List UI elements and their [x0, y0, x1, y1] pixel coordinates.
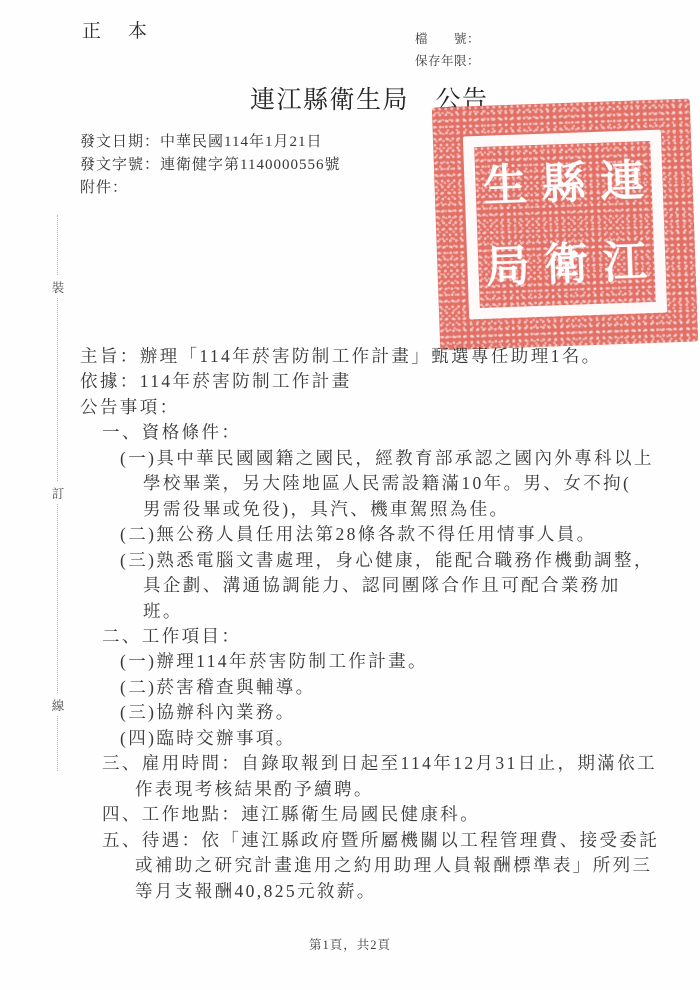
- copy-label: 正 本: [82, 16, 151, 43]
- body-line: 作表現考核結果酌予續聘。: [80, 777, 680, 802]
- seal-char: 生: [482, 164, 528, 210]
- body-line: 五、待遇：依「連江縣政府暨所屬機關以工程管理費、接受委託: [80, 828, 680, 853]
- official-seal: 生 縣 連 局 衛 江: [432, 99, 698, 351]
- binding-mark-xian: 線: [51, 694, 65, 716]
- body-line: 學校畢業，另大陸地區人民需設籍滿10年。男、女不拘(: [80, 471, 680, 496]
- body-line: 班。: [80, 599, 680, 624]
- archive-block: 檔 號： 保存年限：: [415, 28, 480, 72]
- seal-char: 局: [485, 244, 531, 290]
- body-line: 等月支報酬40,825元敘薪。: [80, 879, 680, 904]
- body-text: 主旨：辦理「114年菸害防制工作計畫」甄選專任助理1名。依據：114年菸害防制工…: [80, 344, 680, 904]
- meta-block: 發文日期：中華民國114年1月21日 發文字號：連衛健字第1140000556號…: [80, 131, 340, 200]
- body-line: 四、工作地點：連江縣衛生局國民健康科。: [80, 802, 680, 827]
- body-line: 或補助之研究計畫進用之約用助理人員報酬標準表」所列三: [80, 853, 680, 878]
- body-line: 三、雇用時間：自錄取報到日起至114年12月31日止，期滿依工: [80, 751, 680, 776]
- body-line: 主旨：辦理「114年菸害防制工作計畫」甄選專任助理1名。: [80, 344, 680, 369]
- retention-label: 保存年限：: [415, 50, 480, 72]
- body-line: (三)熟悉電腦文書處理，身心健康，能配合職務作機動調整，: [80, 548, 680, 573]
- issue-date-line: 發文日期：中華民國114年1月21日: [80, 131, 340, 154]
- seal-core: 生 縣 連 局 衛 江: [474, 141, 656, 308]
- doc-number-line: 發文字號：連衛健字第1140000556號: [80, 154, 340, 177]
- binding-mark-ding: 訂: [51, 482, 65, 504]
- body-line: 公告事項：: [80, 395, 680, 420]
- body-line: (一)辦理114年菸害防制工作計畫。: [80, 649, 680, 674]
- seal-char: 江: [602, 240, 648, 286]
- body-line: (四)臨時交辦事項。: [80, 726, 680, 751]
- binding-mark-zhuang: 裝: [51, 276, 65, 298]
- seal-char: 縣: [541, 162, 587, 208]
- body-line: 二、工作項目：: [80, 624, 680, 649]
- body-line: (二)無公務人員任用法第28條各款不得任用情事人員。: [80, 522, 680, 547]
- body-line: 具企劃、溝通協調能力、認同團隊合作且可配合業務加: [80, 573, 680, 598]
- attachment-line: 附件：: [80, 177, 340, 200]
- seal-char: 連: [599, 159, 645, 205]
- scanned-announcement-page: 正 本 檔 號： 保存年限： 連江縣衛生局 公告 發文日期：中華民國114年1月…: [0, 0, 700, 990]
- body-line: (一)具中華民國國籍之國民，經教育部承認之國內外專科以上: [80, 446, 680, 471]
- seal-char: 衛: [544, 242, 590, 288]
- body-line: 一、資格條件：: [80, 420, 680, 445]
- body-line: (三)協辦科內業務。: [80, 700, 680, 725]
- body-line: 男需役畢或免役)，具汽、機車駕照為佳。: [80, 497, 680, 522]
- file-number-label: 檔 號：: [415, 28, 480, 50]
- body-line: 依據：114年菸害防制工作計畫: [80, 369, 680, 394]
- page-footer: 第1頁，共2頁: [0, 935, 700, 953]
- body-line: (二)菸害稽查與輔導。: [80, 675, 680, 700]
